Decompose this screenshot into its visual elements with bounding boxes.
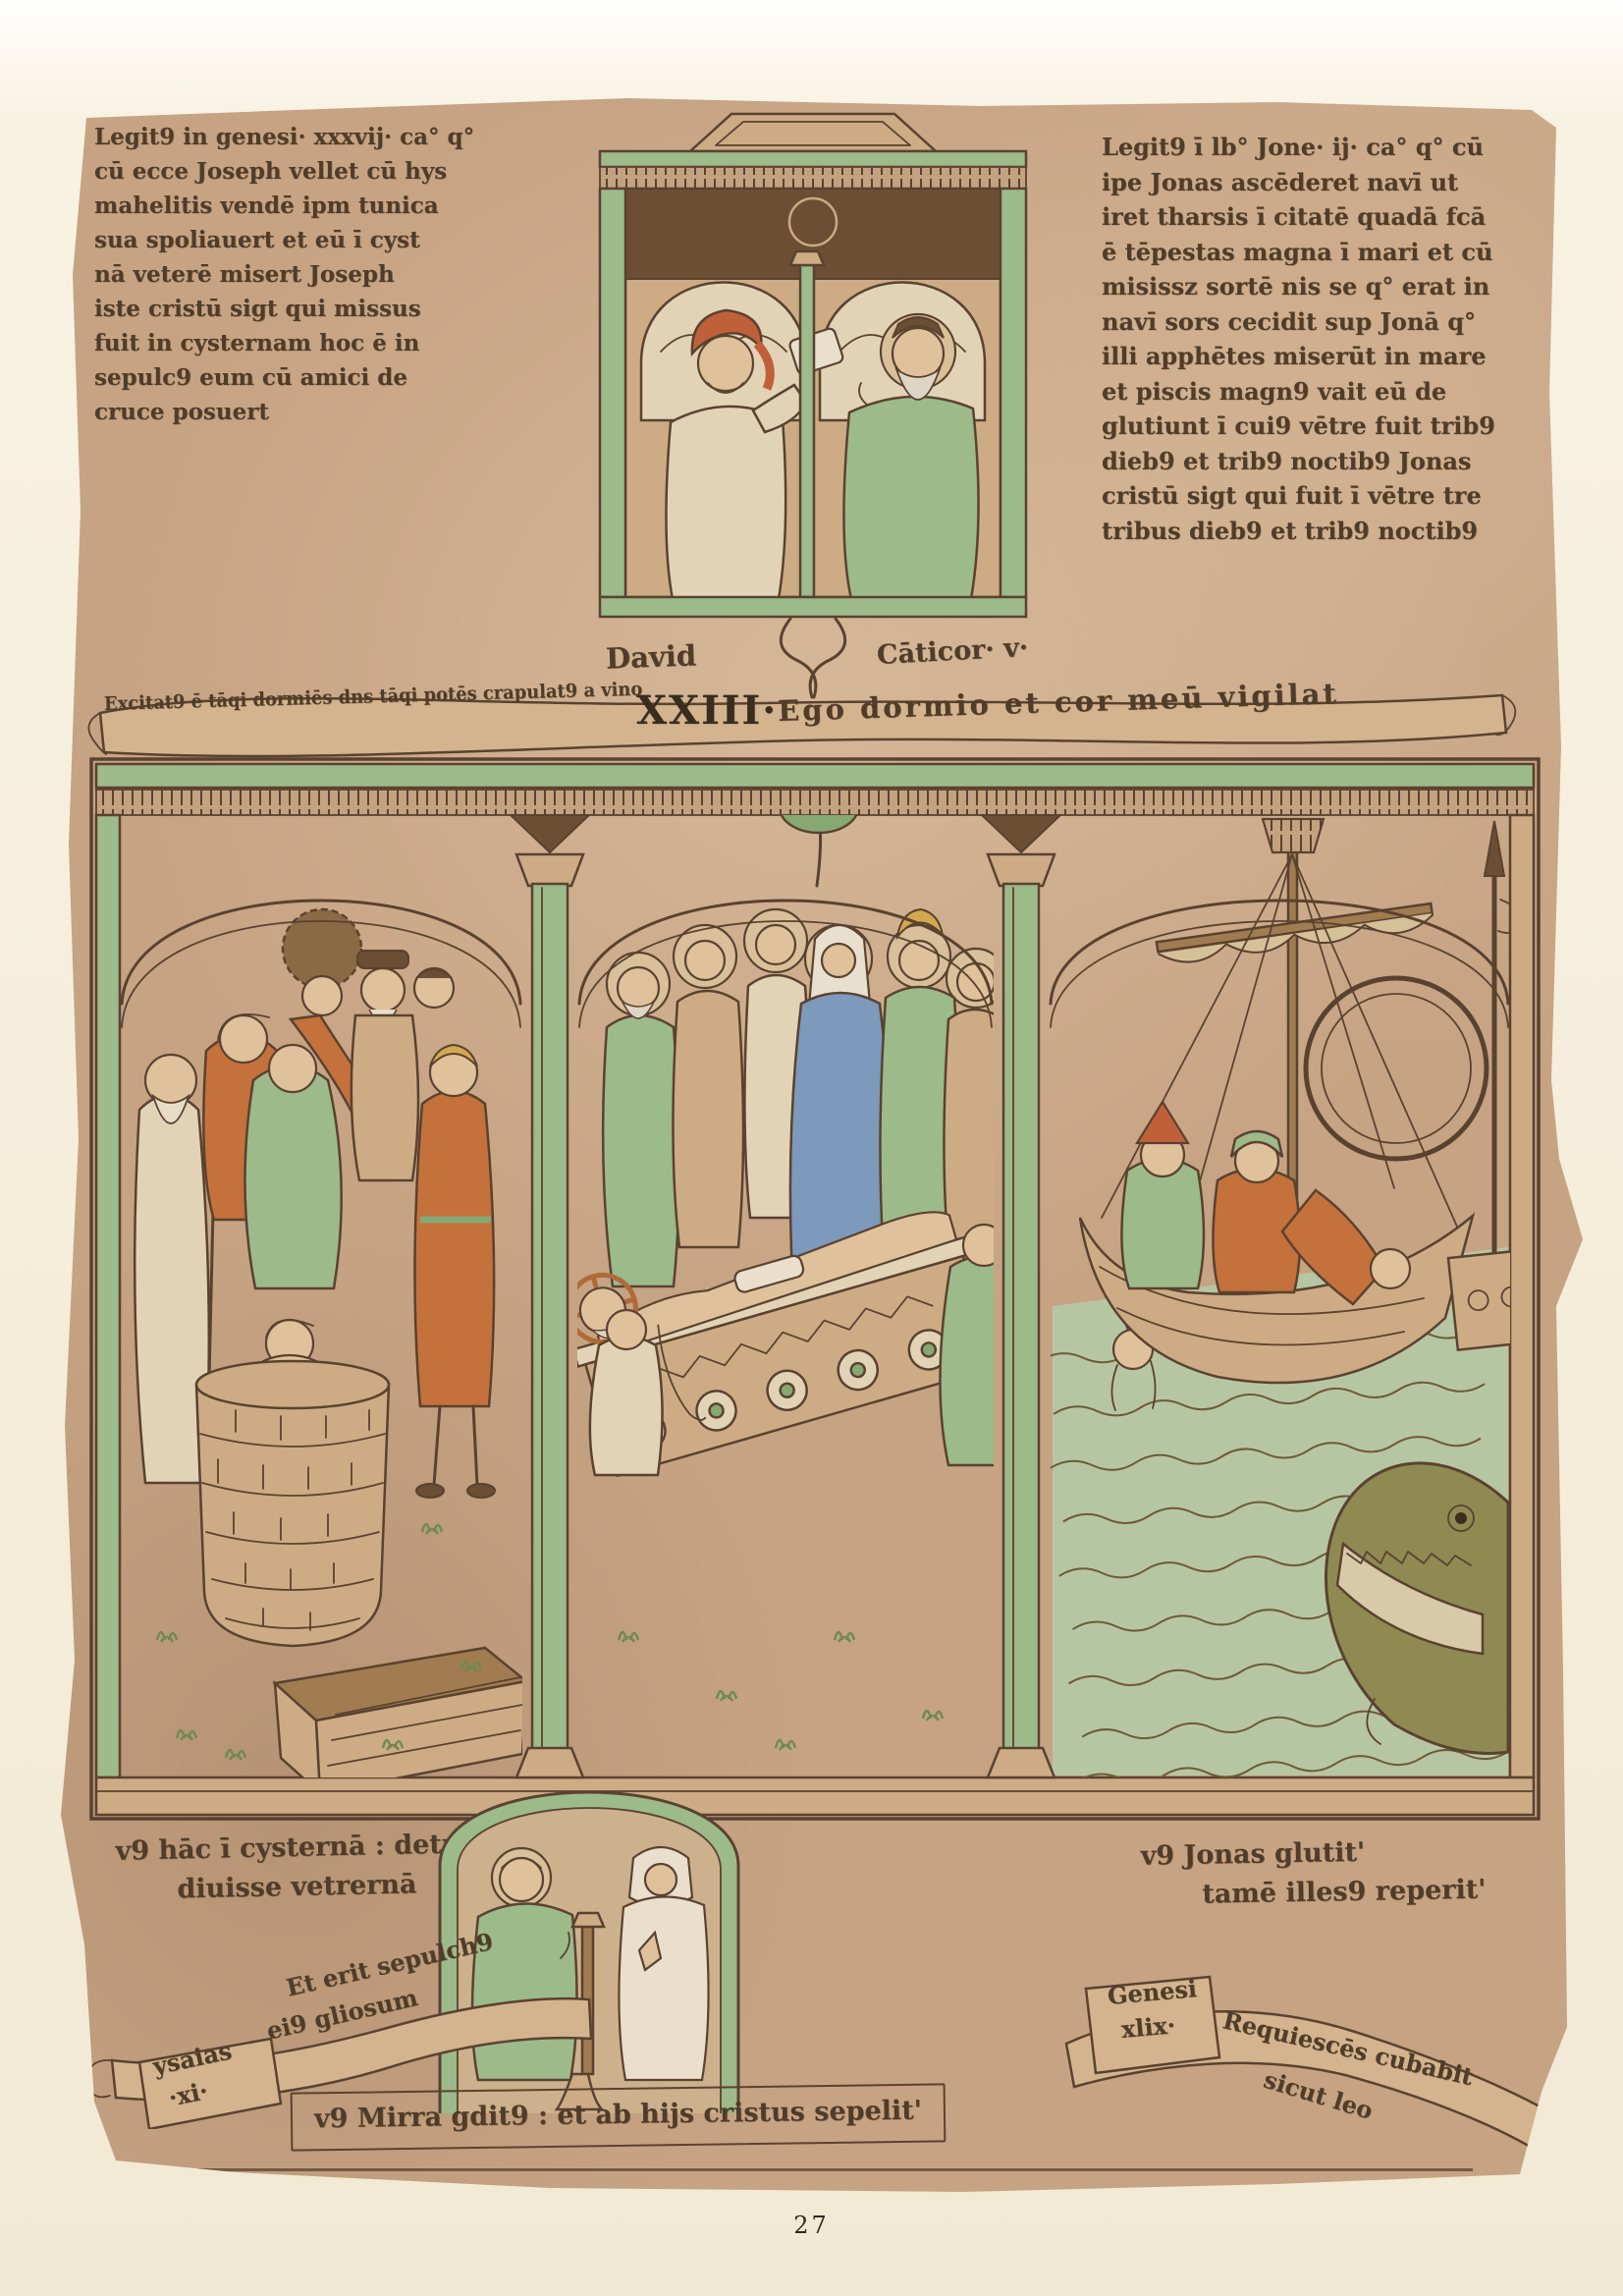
lesson-line: illi apphētes miserūt in mare — [1102, 339, 1495, 374]
blockbook-leaf: Legit9 in genesi· xxxvij· ca° q° cū ecce… — [0, 0, 1623, 2296]
red-hat — [1137, 1102, 1188, 1143]
plate-numeral: XXIII· — [636, 687, 778, 734]
rope-ring — [1306, 978, 1487, 1159]
lesson-line: tribus dieb9 et trib9 noctib9 — [1102, 514, 1495, 549]
verse-line: v9 hāc ī cysternā : detru — [115, 1825, 475, 1872]
lesson-line: dieb9 et trib9 noctib9 Jonas — [1102, 444, 1495, 479]
beam-ornament — [982, 815, 1060, 852]
lesson-line: fuit in cysternam hoc ē in — [94, 326, 474, 360]
lesson-line: mahelitis vendē ipm tunica — [94, 189, 474, 223]
verse-line: v9 Mirra gdit9 : et ab hijs cristus sepe… — [314, 2096, 922, 2135]
lesson-line: sua spoliauert et eū ī cyst — [94, 223, 474, 257]
scene-jonah-and-whale — [1040, 795, 1542, 1788]
standing-youth — [414, 1045, 495, 1498]
lesson-line: cū ecce Joseph vellet cū hys — [94, 154, 474, 189]
beam-ornament — [511, 815, 589, 852]
lesson-line: iret tharsis ī citatē quadā fcā — [1102, 199, 1495, 235]
source-reference: xlix· — [1120, 2010, 1177, 2044]
lesson-line: et piscis magn9 vait eū de — [1102, 374, 1495, 410]
ship — [1080, 795, 1542, 1383]
lesson-line: glutiunt ī cui9 vētre fuit trib9 — [1102, 409, 1495, 444]
verse-jonah: v9 Jonas glutit' tamē illes9 reperit' — [1107, 1831, 1486, 1917]
well-with-joseph — [196, 1320, 389, 1646]
lesson-line: ē tēpestas magna ī mari et cū — [1102, 235, 1495, 270]
verse-line: v9 Jonas glutit' — [1107, 1831, 1486, 1878]
lesson-line: Legit9 in genesi· xxxvij· ca° q° — [94, 120, 474, 154]
scroll-curl — [1557, 2124, 1586, 2158]
lesson-line: cruce posuert — [94, 395, 474, 429]
verse-line: tamē illes9 reperit' — [1108, 1871, 1487, 1917]
lesson-text-jonah: Legit9 ī lb° Jone· ij· ca° q° cū ipe Jon… — [1102, 130, 1495, 548]
verse-joseph-well: v9 hāc ī cysternā : detru diuisse vetrer… — [115, 1825, 476, 1911]
genesis-banderole — [1001, 1949, 1591, 2158]
mast — [1288, 835, 1297, 1230]
lesson-line: sepulc9 eum cū amici de — [94, 360, 474, 395]
lesson-text-genesis: Legit9 in genesi· xxxvij· ca° q° cū ecce… — [94, 120, 474, 429]
verse-entombment-box: v9 Mirra gdit9 : et ab hijs cristus sepe… — [291, 2083, 947, 2151]
colonnette — [800, 265, 814, 597]
scroll-curl — [88, 2060, 112, 2098]
green-column — [516, 854, 583, 1777]
book-page: Legit9 in genesi· xxxvij· ca° q° cū ecce… — [0, 0, 1623, 2296]
lesson-line: ipe Jonas ascēderet navī ut — [1102, 165, 1495, 200]
scene-joseph-in-the-well — [135, 909, 526, 1793]
lesson-line: navī sors cecidit sup Jonā q° — [1102, 304, 1495, 340]
top-panel-prophets-woodcut — [543, 106, 1085, 699]
lesson-line: Legit9 ī lb° Jone· ij· ca° q° cū — [1102, 130, 1495, 165]
lesson-line: misissz sortē nis se q° erat in — [1102, 269, 1495, 304]
lesson-line: cristū sigt qui fuit ī vētre tre — [1102, 478, 1495, 514]
verse-line: diuisse vetrernā — [116, 1864, 476, 1911]
lesson-line: iste cristū sigt qui missus — [94, 292, 474, 326]
page-number: 27 — [0, 2212, 1623, 2239]
main-triptych-woodcut — [88, 756, 1542, 1822]
scene-entombment — [561, 782, 1026, 1750]
green-column — [988, 854, 1055, 1777]
sailors-group — [1121, 1102, 1410, 1304]
lesson-line: nā veterē misert Joseph — [94, 257, 474, 292]
leaf-bottom-rule — [118, 2168, 1473, 2171]
